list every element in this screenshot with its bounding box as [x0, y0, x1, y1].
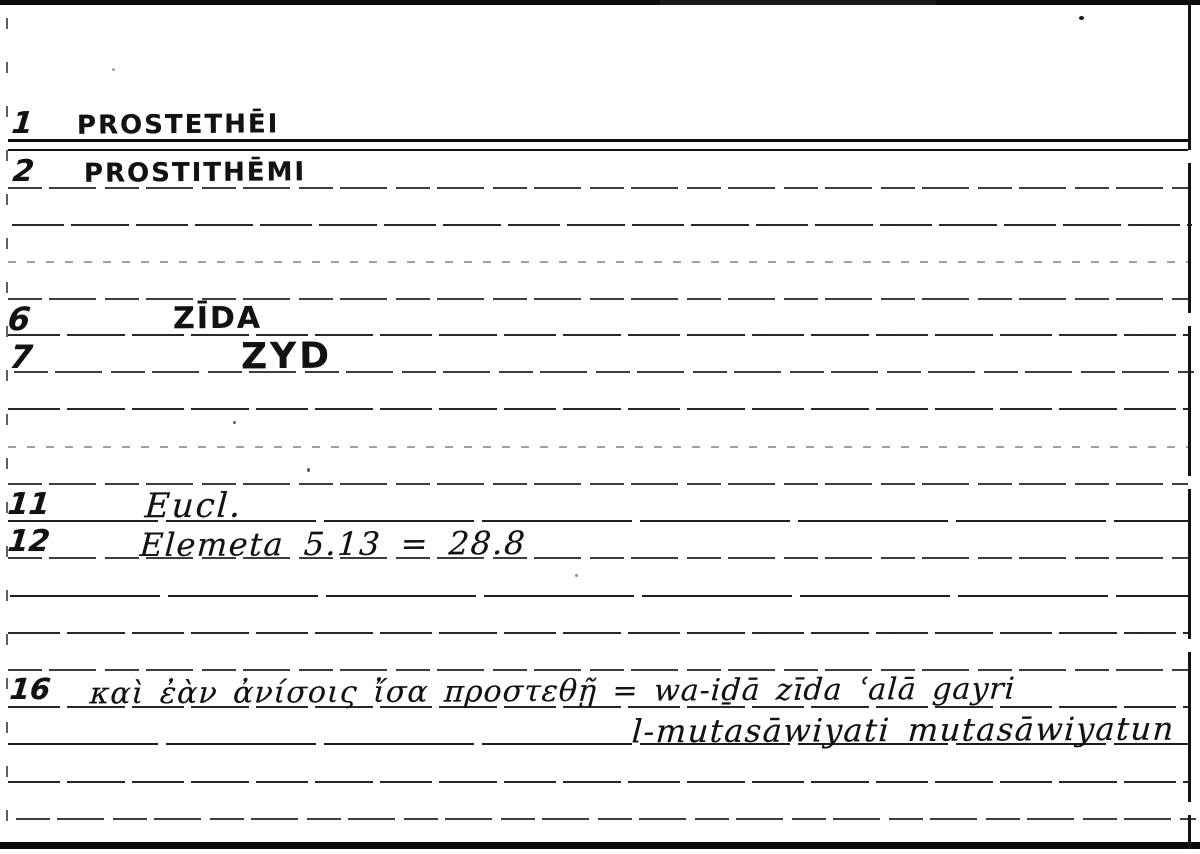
entry-text: ZĪDA — [173, 301, 262, 337]
entry-text-continuation: l-mutasāwiyati mutasāwiyatun — [631, 710, 1176, 751]
ruled-line — [12, 224, 1192, 226]
entry-text: PROSTETHĒI — [77, 109, 280, 140]
scan-speck — [1079, 16, 1084, 20]
card-right-border — [1188, 0, 1191, 849]
ruled-line — [8, 149, 1188, 151]
entry-number: 16 — [8, 672, 52, 706]
entry-number: 2 — [11, 154, 36, 189]
ruled-line — [10, 595, 1190, 597]
entry-number: 11 — [6, 487, 51, 522]
scan-speck — [575, 574, 578, 577]
entry-number: 12 — [6, 524, 51, 559]
ruled-line — [8, 483, 1188, 485]
ruled-line — [8, 261, 1188, 263]
scan-speck — [307, 468, 310, 472]
scan-speck — [233, 421, 236, 424]
ruled-line — [8, 408, 1188, 410]
ruled-line — [8, 781, 1188, 783]
ruled-line — [8, 632, 1188, 634]
entry-number: 6 — [6, 300, 32, 338]
entry-text: PROSTITHĒMI — [84, 157, 306, 189]
entry-text: Eucl. — [144, 486, 244, 527]
ruled-line — [16, 818, 1196, 820]
ruled-line — [8, 298, 1188, 300]
handwritten-index-card: 1 2 6 7 11 12 16 PROSTETHĒI PROSTITHĒMI … — [0, 0, 1200, 854]
entry-number: 1 — [10, 106, 35, 141]
ruled-line — [8, 446, 1188, 448]
card-bottom-border — [0, 842, 1200, 849]
card-top-border — [0, 0, 1200, 5]
scan-speck — [112, 68, 115, 71]
entry-text: ZYD — [241, 336, 332, 378]
entry-text: Elemeta 5.13 = 28.8 — [139, 524, 528, 564]
ruled-line — [14, 371, 1194, 373]
entry-number: 7 — [8, 338, 34, 376]
entry-text-greek-arabic: καὶ ἐὰν ἀνίσοις ἴσα προστεθῇ = wa-iḏā zī… — [89, 672, 1017, 712]
